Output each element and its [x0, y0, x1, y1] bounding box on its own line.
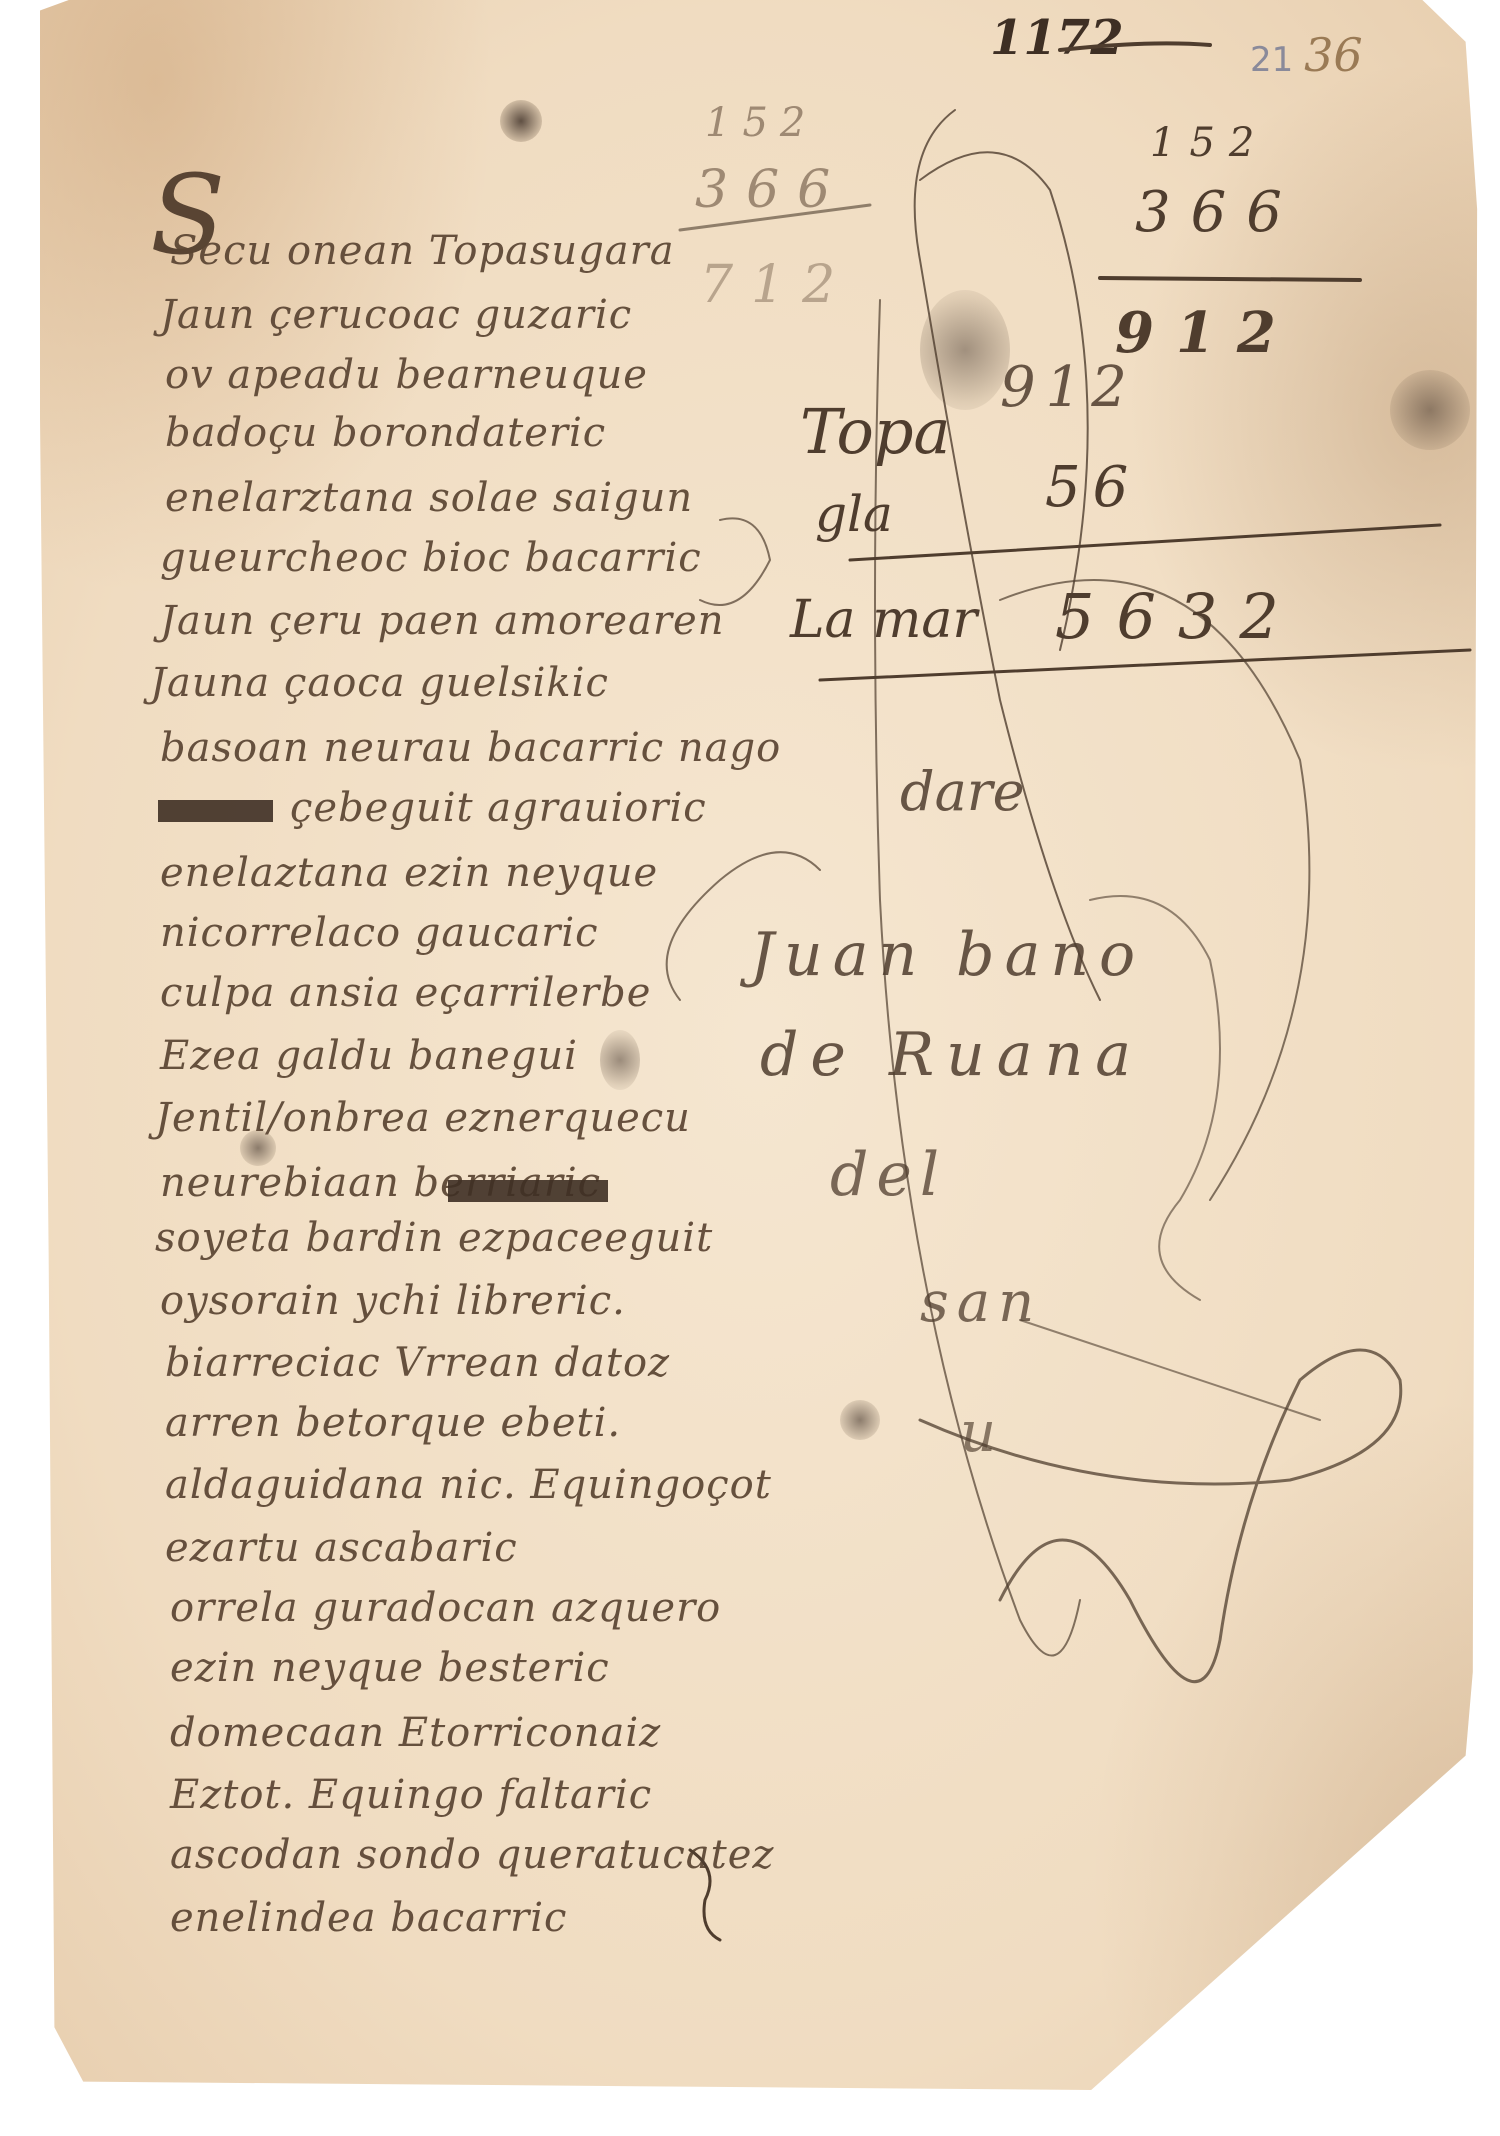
- poem-line: ascodan sondo queratucatez: [170, 1832, 774, 1878]
- marginal-note: u: [960, 1400, 996, 1465]
- poem-line: ezartu ascabaric: [165, 1525, 518, 1571]
- poem-line: Ezea galdu banegui: [160, 1033, 578, 1079]
- poem-line: enelarztana solae saigun: [165, 475, 693, 521]
- poem-line: badoçu borondateric: [165, 410, 606, 456]
- marginal-note: Juan bano: [750, 920, 1145, 990]
- sum-final-result: 5632: [1055, 580, 1301, 653]
- poem-line: Jaun çerucoac guzaric: [160, 292, 632, 338]
- total-label: Topa: [800, 395, 951, 468]
- catalog-prefix: 21: [1250, 40, 1293, 80]
- poem-line: Eztot. Equingo faltaric: [170, 1772, 652, 1818]
- poem-line: oysorain ychi libreric.: [160, 1278, 626, 1324]
- poem-line: aldaguidana nic. Equingoçot: [165, 1462, 772, 1508]
- poem-line: domecaan Etorriconaiz: [170, 1710, 661, 1756]
- ink-blot: [1390, 370, 1470, 450]
- poem-line: ov apeadu bearneuque: [165, 352, 648, 398]
- struck-word: [448, 1180, 608, 1202]
- poem-line: biarreciac Vrrean datoz: [165, 1340, 670, 1386]
- ink-blot: [600, 1030, 640, 1090]
- poem-line: Jaun çeru paen amorearen: [160, 598, 724, 644]
- ink-blot: [920, 290, 1010, 410]
- total-value-2: 56: [1045, 455, 1140, 520]
- marginal-note: del: [830, 1140, 947, 1210]
- poem-line: Jentil/onbrea eznerquecu: [155, 1095, 691, 1141]
- poem-line: culpa ansia eçarrilerbe: [160, 970, 651, 1016]
- ink-blot: [500, 100, 542, 142]
- poem-line: ezin neyque besteric: [170, 1645, 610, 1691]
- poem-line: nicorrelaco gaucaric: [160, 910, 599, 956]
- sum-left-line2: 366: [695, 160, 848, 220]
- catalog-suffix: 36: [1304, 28, 1363, 82]
- poem-line: arren betorque ebeti.: [165, 1400, 621, 1446]
- poem-line: soyeta bardin ezpaceeguit: [155, 1215, 713, 1261]
- label-3: La mar: [790, 590, 977, 650]
- sum-left-line1: 152: [705, 100, 817, 146]
- poem-line: gueurcheoc bioc bacarric: [160, 535, 702, 581]
- label-2: gla: [815, 485, 893, 543]
- poem-line: enelaztana ezin neyque: [160, 850, 658, 896]
- sum-left-result: 712: [700, 255, 853, 315]
- marginal-note: dare: [900, 760, 1025, 823]
- total-value-1: 912: [1000, 355, 1137, 420]
- marginal-note: de Ruana: [760, 1020, 1143, 1090]
- poem-line: Secu onean Topasugara: [170, 228, 675, 274]
- sum-right-line2: 366: [1135, 180, 1302, 245]
- poem-line: enelindea bacarric: [170, 1895, 567, 1941]
- sum-right-line1: 152: [1150, 120, 1268, 166]
- poem-line: Jauna çaoca guelsikic: [150, 660, 609, 706]
- folio-number: 1172: [990, 10, 1124, 66]
- catalog-number: 21 36: [1250, 28, 1363, 82]
- ink-blot: [840, 1400, 880, 1440]
- sum-right-result: 912: [1115, 300, 1298, 366]
- poem-line: çebeguit agrauioric: [290, 785, 707, 831]
- poem-line: basoan neurau bacarric nago: [160, 725, 781, 771]
- marginal-note: san: [920, 1270, 1042, 1335]
- struck-word: [158, 800, 273, 822]
- poem-line: orrela guradocan azquero: [170, 1585, 721, 1631]
